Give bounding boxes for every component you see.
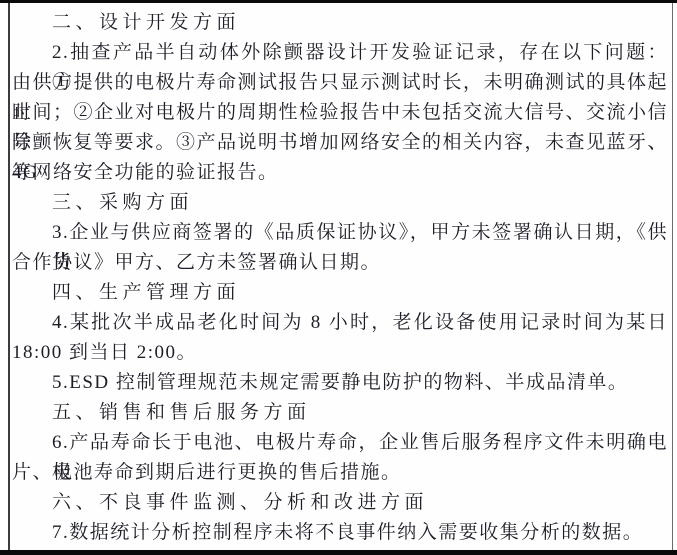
section-heading-sales-service: 五、销售和售后服务方面	[12, 398, 668, 428]
right-border-rule	[672, 3, 673, 550]
document-page: 二、设计开发方面 2.抽查产品半自动体外除颤器设计开发验证记录，存在以下问题： …	[0, 0, 677, 555]
text-line: 3.企业与供应商签署的《品质保证协议》，甲方未签署确认日期，《供货	[12, 218, 668, 248]
section-heading-adverse-events: 六、不良事件监测、分析和改进方面	[12, 488, 668, 518]
text-line: 合作协议》甲方、乙方未签署确认日期。	[12, 248, 668, 278]
text-line: 6.产品寿命长于电池、电极片寿命，企业售后服务程序文件未明确电极	[12, 428, 668, 458]
section-heading-procurement: 三、采购方面	[12, 188, 668, 218]
text-line: 18:00 到当日 2:00。	[12, 338, 668, 368]
text-line: 时间；②企业对电极片的周期性检验报告中未包括交流大信号、交流小信号、	[12, 98, 668, 128]
document-body: 二、设计开发方面 2.抽查产品半自动体外除颤器设计开发验证记录，存在以下问题： …	[12, 3, 668, 548]
text-line: 5.ESD 控制管理规范未规定需要静电防护的物料、半成品清单。	[12, 368, 668, 398]
text-line: 2.抽查产品半自动体外除颤器设计开发验证记录，存在以下问题： ①	[12, 38, 668, 68]
text-line: 片、电池寿命到期后进行更换的售后措施。	[12, 458, 668, 488]
left-border-rule	[8, 3, 10, 550]
text-line: 由供方提供的电极片寿命测试报告只显示测试时长，未明确测试的具体起止	[12, 68, 668, 98]
text-line: 等网络安全功能的验证报告。	[12, 158, 668, 188]
text-line: 4.某批次半成品老化时间为 8 小时，老化设备使用记录时间为某日	[12, 308, 668, 338]
section-heading-design-dev: 二、设计开发方面	[12, 8, 668, 38]
section-heading-production: 四、生产管理方面	[12, 278, 668, 308]
text-line: 除颤恢复等要求。③产品说明书增加网络安全的相关内容，未查见蓝牙、4G	[12, 128, 668, 158]
text-line: 7.数据统计分析控制程序未将不良事件纳入需要收集分析的数据。	[12, 518, 668, 548]
